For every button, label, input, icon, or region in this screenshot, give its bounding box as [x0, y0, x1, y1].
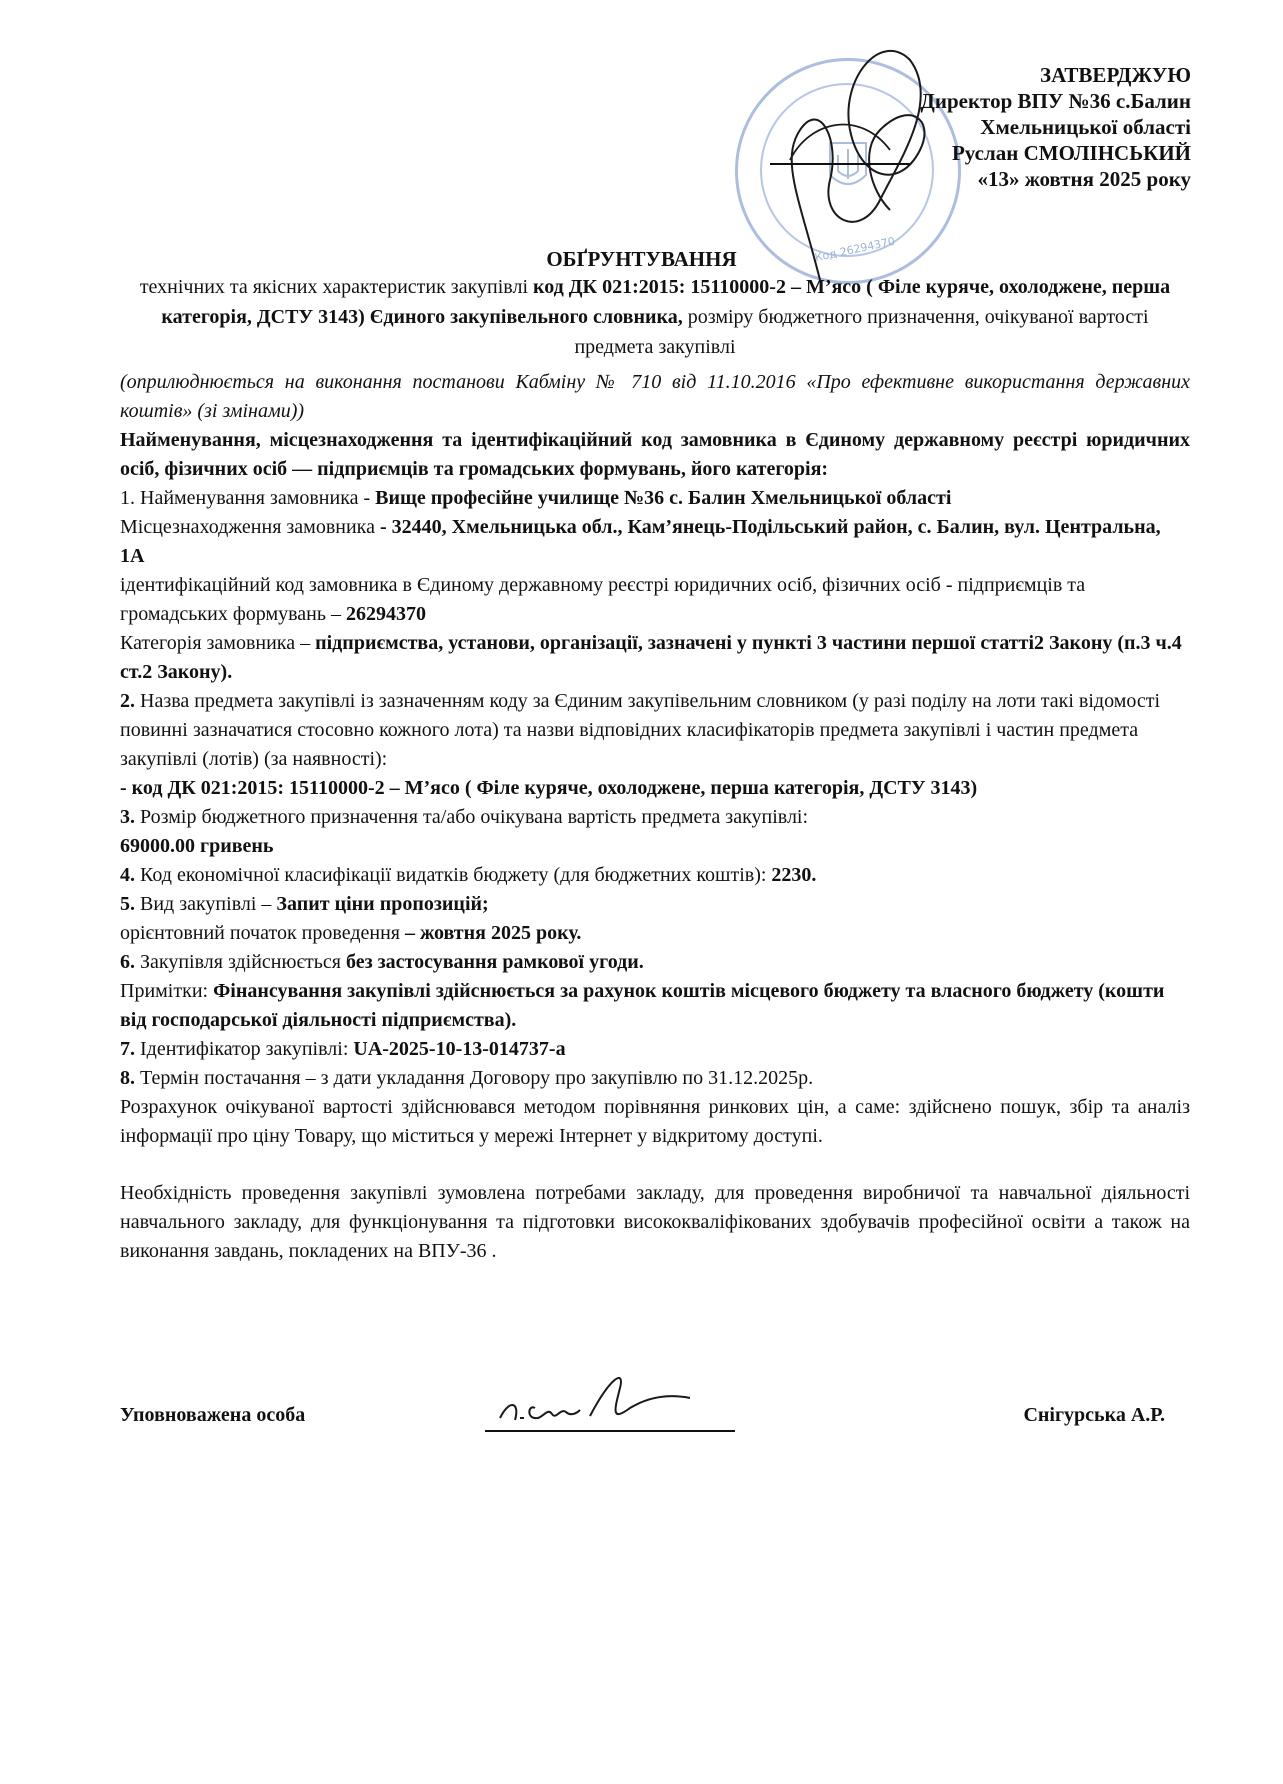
- signatory-name: Снігурська А.Р.: [1023, 1404, 1165, 1427]
- item-1: 1. Найменування замовника - Вище професі…: [120, 484, 1190, 513]
- document-title: ОБҐРУНТУВАННЯ: [0, 247, 1283, 272]
- customer-location: Місцезнаходження замовника - 32440, Хмел…: [120, 513, 1190, 571]
- notes-value: Фінансування закупівлі здійснюється за р…: [120, 980, 1164, 1031]
- item-4: 4. Код економічної класифікації видатків…: [120, 861, 1190, 890]
- signature-row: Уповноважена особа Снігурська А.Р.: [120, 1398, 1190, 1438]
- authorized-signature: [490, 1368, 730, 1430]
- document-body: (оприлюднюється на виконання постанови К…: [120, 368, 1190, 1266]
- subtitle-part-a: технічних та якісних характеристик закуп…: [140, 276, 533, 298]
- customer-id: ідентифікаційний код замовника в Єдиному…: [120, 571, 1190, 629]
- economic-code: 2230.: [771, 864, 816, 886]
- customer-name: Вище професійне училище №36 с. Балин Хме…: [375, 487, 951, 509]
- signature-label: Уповноважена особа: [120, 1404, 305, 1427]
- section-heading: Найменування, місцезнаходження та іденти…: [120, 426, 1190, 484]
- approval-block: ЗАТВЕРДЖУЮ Директор ВПУ №36 с.Балин Хмел…: [920, 62, 1191, 192]
- approval-date: «13» жовтня 2025 року: [920, 166, 1191, 192]
- approval-heading: ЗАТВЕРДЖУЮ: [920, 62, 1191, 88]
- necessity-paragraph: Необхідність проведення закупівлі зумовл…: [120, 1179, 1190, 1266]
- procurement-type: Запит ціни пропозицій;: [276, 893, 488, 915]
- customer-edrpou: 26294370: [346, 603, 426, 625]
- spacer: [120, 1151, 1190, 1179]
- item-5: 5. Вид закупівлі – Запит ціни пропозицій…: [120, 890, 1190, 919]
- customer-category: Категорія замовника – підприємства, уста…: [120, 629, 1190, 687]
- document-subtitle: технічних та якісних характеристик закуп…: [120, 272, 1190, 362]
- item-8: 8. Термін постачання – з дати укладання …: [120, 1064, 1190, 1093]
- approval-position: Директор ВПУ №36 с.Балин: [920, 88, 1191, 114]
- procurement-id: UA-2025-10-13-014737-a: [353, 1038, 565, 1060]
- item-3: 3. Розмір бюджетного призначення та/або …: [120, 803, 1190, 832]
- legal-note: (оприлюднюється на виконання постанови К…: [120, 368, 1190, 426]
- procurement-code: - код ДК 021:2015: 15110000-2 – М’ясо ( …: [120, 774, 1190, 803]
- item-7: 7. Ідентифікатор закупівлі: UA-2025-10-1…: [120, 1035, 1190, 1064]
- notes: Примітки: Фінансування закупівлі здійсню…: [120, 977, 1190, 1035]
- signature-underline: [485, 1430, 735, 1432]
- start-date: орієнтовний початок проведення – жовтня …: [120, 919, 1190, 948]
- approval-director-name: Руслан СМОЛІНСЬКИЙ: [920, 140, 1191, 166]
- approval-region: Хмельницької області: [920, 114, 1191, 140]
- calculation-paragraph: Розрахунок очікуваної вартості здійснюва…: [120, 1093, 1190, 1151]
- item-6: 6. Закупівля здійснюється без застосуван…: [120, 948, 1190, 977]
- item-2: 2. Назва предмета закупівлі із зазначенн…: [120, 687, 1190, 774]
- document-page: Код 26294370 ЗАТВЕРДЖУЮ Директор ВПУ №36…: [0, 0, 1283, 1784]
- director-signature-line: [770, 163, 910, 165]
- expected-cost: 69000.00 гривень: [120, 832, 1190, 861]
